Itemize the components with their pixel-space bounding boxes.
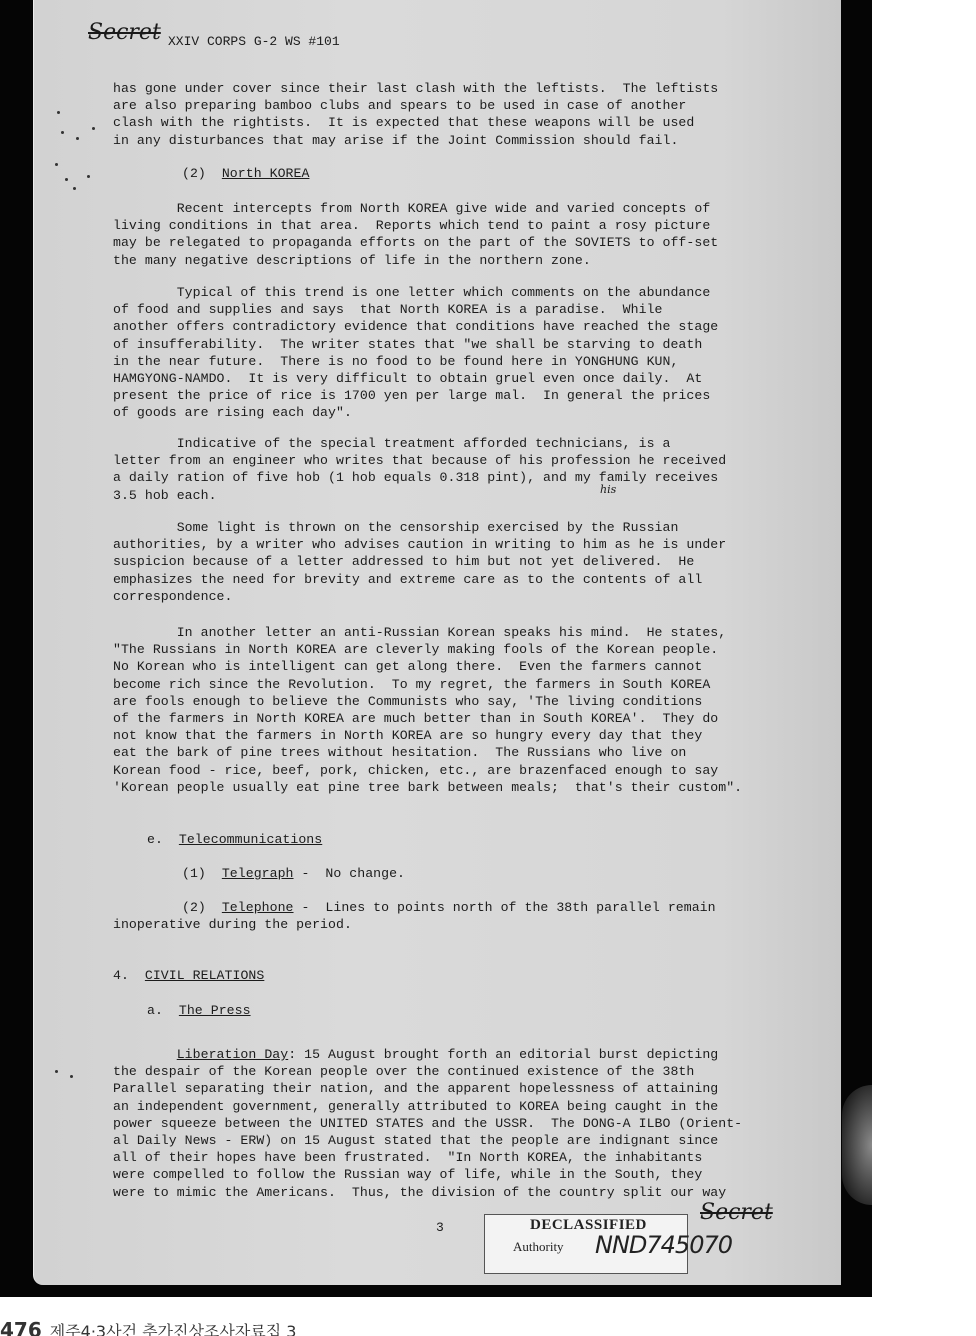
text-line: In another letter an anti-Russian Korean… xyxy=(113,624,793,641)
text-line: present the price of rice is 1700 yen pe… xyxy=(113,387,793,404)
text-line: are fools enough to believe the Communis… xyxy=(113,693,793,710)
section-heading-telecommunications: e. Telecommunications xyxy=(147,831,322,848)
text-line: authorities, by a writer who advises cau… xyxy=(113,536,793,553)
text-line: al Daily News - ERW) on 15 August stated… xyxy=(113,1132,793,1149)
section-title: CIVIL RELATIONS xyxy=(145,968,264,983)
paragraph-liberation-day: Liberation Day: 15 August brought forth … xyxy=(113,1046,793,1201)
text-line: become rich since the Revolution. To my … xyxy=(113,676,793,693)
text-line: in any disturbances that may arise if th… xyxy=(113,132,793,149)
item-title: Telegraph xyxy=(222,866,294,881)
book-page-number: 476 xyxy=(0,1318,42,1336)
opening-paragraph: has gone under cover since their last cl… xyxy=(113,80,793,149)
declassified-stamp: DECLASSIFIED Authority NND745070 xyxy=(484,1214,688,1274)
paragraph-lead: Liberation Day xyxy=(177,1047,289,1062)
paragraph-censorship: Some light is thrown on the censorship e… xyxy=(113,519,793,605)
text-line: all of their hopes have been frustrated.… xyxy=(113,1149,793,1166)
text-line: were to mimic the Americans. Thus, the d… xyxy=(113,1184,793,1201)
item-number: (2) xyxy=(182,900,206,915)
subsection-title: The Press xyxy=(179,1003,251,1018)
paragraph-intercepts: Recent intercepts from North KOREA give … xyxy=(113,200,793,269)
text-line: Some light is thrown on the censorship e… xyxy=(113,519,793,536)
telephone-item: (2) Telephone - Lines to points north of… xyxy=(182,899,716,916)
text-line: Parallel separating their nation, and th… xyxy=(113,1080,793,1097)
text-line: an independent government, generally att… xyxy=(113,1098,793,1115)
stamp-authority-label: Authority xyxy=(513,1239,564,1255)
text-line: suspicion because of a letter addressed … xyxy=(113,553,793,570)
book-title: 제주4·3사건 추가진상조사자료집 3 xyxy=(50,1322,297,1336)
scanner-thumb-shadow xyxy=(842,1085,872,1205)
text-line: No Korean who is intelligent can get alo… xyxy=(113,658,793,675)
text-line: clash with the rightists. It is expected… xyxy=(113,114,793,131)
text-line: "The Russians in North KOREA are cleverl… xyxy=(113,641,793,658)
stamp-authority-number: NND745070 xyxy=(595,1231,732,1259)
text-line: a daily ration of five hob (1 hob equals… xyxy=(113,469,793,486)
text-line: Liberation Day: 15 August brought forth … xyxy=(113,1046,793,1063)
text-line: not know that the farmers in North KOREA… xyxy=(113,727,793,744)
text-line: power squeeze between the UNITED STATES … xyxy=(113,1115,793,1132)
text-line: are also preparing bamboo clubs and spea… xyxy=(113,97,793,114)
telegraph-item: (1) Telegraph - No change. xyxy=(182,865,405,882)
text-line: Typical of this trend is one letter whic… xyxy=(113,284,793,301)
book-footer: 476제주4·3사건 추가진상조사자료집 3 xyxy=(0,1318,296,1336)
item-text: - No change. xyxy=(294,866,406,881)
text-line: of goods are rising each day". xyxy=(113,404,793,421)
section-heading-civil-relations: 4. CIVIL RELATIONS xyxy=(113,967,264,984)
section-number: 4. xyxy=(113,968,129,983)
section-heading-north-korea: (2) North KOREA xyxy=(182,165,309,182)
footer-signature: Secret xyxy=(700,1200,773,1225)
text-line: the many negative descriptions of life i… xyxy=(113,252,793,269)
text-line: Korean food - rice, beef, pork, chicken,… xyxy=(113,762,793,779)
section-title: Telecommunications xyxy=(179,832,322,847)
subsection-heading-the-press: a. The Press xyxy=(147,1002,251,1019)
text-line: Indicative of the special treatment affo… xyxy=(113,435,793,452)
text-line: of insufferability. The writer states th… xyxy=(113,336,793,353)
section-letter: e. xyxy=(147,832,163,847)
text-line: in the near future. There is no food to … xyxy=(113,353,793,370)
text-line: 'Korean people usually eat pine tree bar… xyxy=(113,779,793,796)
telephone-item-continuation: inoperative during the period. xyxy=(113,916,352,933)
text-line: the despair of the Korean people over th… xyxy=(113,1063,793,1080)
document-header-title: XXIV CORPS G-2 WS #101 xyxy=(168,34,340,49)
text-line: were compelled to follow the Russian way… xyxy=(113,1166,793,1183)
text-line: eat the bark of pine trees without hesit… xyxy=(113,744,793,761)
paragraph-typical-letter: Typical of this trend is one letter whic… xyxy=(113,284,793,422)
text-fragment: : 15 August brought forth an editorial b… xyxy=(288,1047,718,1062)
section-number: (2) xyxy=(182,166,206,181)
item-number: (1) xyxy=(182,866,206,881)
text-line: correspondence. xyxy=(113,588,793,605)
text-line: 3.5 hob each. xyxy=(113,487,793,504)
text-line: has gone under cover since their last cl… xyxy=(113,80,793,97)
subsection-letter: a. xyxy=(147,1003,163,1018)
text-line: of the farmers in North KOREA are much b… xyxy=(113,710,793,727)
text-line: of food and supplies and says that North… xyxy=(113,301,793,318)
paragraph-anti-russian: In another letter an anti-Russian Korean… xyxy=(113,624,793,796)
text-line: another offers contradictory evidence th… xyxy=(113,318,793,335)
text-line: Recent intercepts from North KOREA give … xyxy=(113,200,793,217)
text-line: letter from an engineer who writes that … xyxy=(113,452,793,469)
text-line: may be relegated to propaganda efforts o… xyxy=(113,234,793,251)
page-number: 3 xyxy=(436,1220,444,1235)
text-line: emphasizes the need for brevity and extr… xyxy=(113,571,793,588)
section-title: North KOREA xyxy=(222,166,310,181)
handwritten-correction: his xyxy=(600,483,616,496)
paragraph-technicians: Indicative of the special treatment affo… xyxy=(113,435,793,504)
text-line: living conditions in that area. Reports … xyxy=(113,217,793,234)
item-title: Telephone xyxy=(222,900,294,915)
item-text: - Lines to points north of the 38th para… xyxy=(294,900,716,915)
header-signature: Secret xyxy=(88,20,161,45)
text-line: HAMGYONG-NAMDO. It is very difficult to … xyxy=(113,370,793,387)
